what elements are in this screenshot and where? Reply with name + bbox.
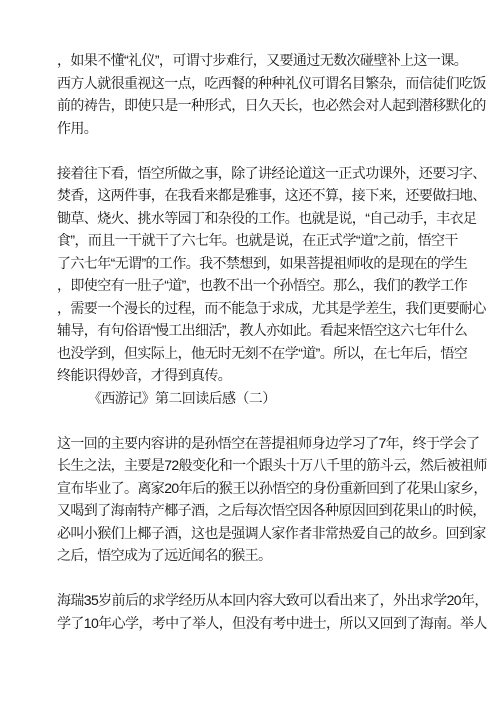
text-line: 学了10年心学，考中了举人，但没有考中进士，所以又回到了海南。举人 [57, 612, 460, 635]
text-line: 海瑞35岁前后的求学经历从本回内容大致可以看出来了，外出求学20年， [57, 589, 460, 612]
text-line: ，需要一个漫长的过程，而不能急于求成，尤其是学差生，我们更要耐心 [57, 297, 460, 320]
text-line: 这一回的主要内容讲的是孙悟空在菩提祖师身边学习了7年，终于学会了 [57, 432, 460, 455]
text-line: ，如果不懂“礼仪”，可谓寸步难行，又要通过无数次碰壁补上这一课。 [57, 49, 460, 72]
paragraph: 海瑞35岁前后的求学经历从本回内容大致可以看出来了，外出求学20年，学了10年心… [57, 589, 460, 634]
text-line: 锄草、烧火、挑水等园丁和杂役的工作。也就是说，“自己动手，丰衣足 [57, 207, 460, 230]
text-line: ，即使空有一肚子“道”，也教不出一个孙悟空。那么，我们的教学工作 [57, 274, 460, 297]
text-line: 焚香，这两件事，在我看来都是雅事，这还不算，接下来，还要做扫地、 [57, 184, 460, 207]
text-line: 西方人就很重视这一点，吃西餐的种种礼仪可谓名目繁杂，而信徒们吃饭 [57, 72, 460, 95]
text-line: 也没学到，但实际上，他无时无刻不在学“道”。所以，在七年后，悟空 [57, 342, 460, 365]
text-line: 辅导，有句俗语“慢工出细活”，教人亦如此。看起来悟空这六七年什么 [57, 319, 460, 342]
text-line: 终能识得妙音，才得到真传。 [57, 364, 460, 387]
text-line: 前的祷告，即使只是一种形式，日久天长，也必然会对人起到潜移默化的 [57, 94, 460, 117]
document-body: ，如果不懂“礼仪”，可谓寸步难行，又要通过无数次碰壁补上这一课。西方人就很重视这… [57, 49, 460, 634]
text-line: 作用。 [57, 117, 460, 140]
text-line: 接着往下看，悟空所做之事，除了讲经论道这一正式功课外，还要习字、 [57, 162, 460, 185]
text-line: 食”，而且一干就干了六七年。也就是说，在正式学“道”之前，悟空干 [57, 229, 460, 252]
paragraph: 这一回的主要内容讲的是孙悟空在菩提祖师身边学习了7年，终于学会了长生之法，主要是… [57, 432, 460, 567]
document-page: ，如果不懂“礼仪”，可谓寸步难行，又要通过无数次碰壁补上这一课。西方人就很重视这… [0, 0, 500, 706]
text-line: 长生之法，主要是72般变化和一个跟头十万八千里的筋斗云，然后被祖师 [57, 454, 460, 477]
section-heading: 《西游记》第二回读后感（二） [57, 387, 460, 410]
text-line: 必叫小猴们上椰子酒，这也是强调人家作者非常热爱自己的故乡。回到家 [57, 522, 460, 545]
text-line: 了六七年“无谓”的工作。我不禁想到，如果菩提祖师收的是现在的学生 [57, 252, 460, 275]
paragraph: ，如果不懂“礼仪”，可谓寸步难行，又要通过无数次碰壁补上这一课。西方人就很重视这… [57, 49, 460, 139]
text-line: 宣布毕业了。离家20年后的猴王以孙悟空的身份重新回到了花果山家乡， [57, 477, 460, 500]
paragraph: 接着往下看，悟空所做之事，除了讲经论道这一正式功课外，还要习字、焚香，这两件事，… [57, 162, 460, 387]
heading-text-line: 《西游记》第二回读后感（二） [57, 387, 460, 410]
text-line: 之后，悟空成为了远近闻名的猴王。 [57, 544, 460, 567]
text-line: 又喝到了海南特产椰子酒，之后每次悟空因各种原因回到花果山的时候， [57, 499, 460, 522]
